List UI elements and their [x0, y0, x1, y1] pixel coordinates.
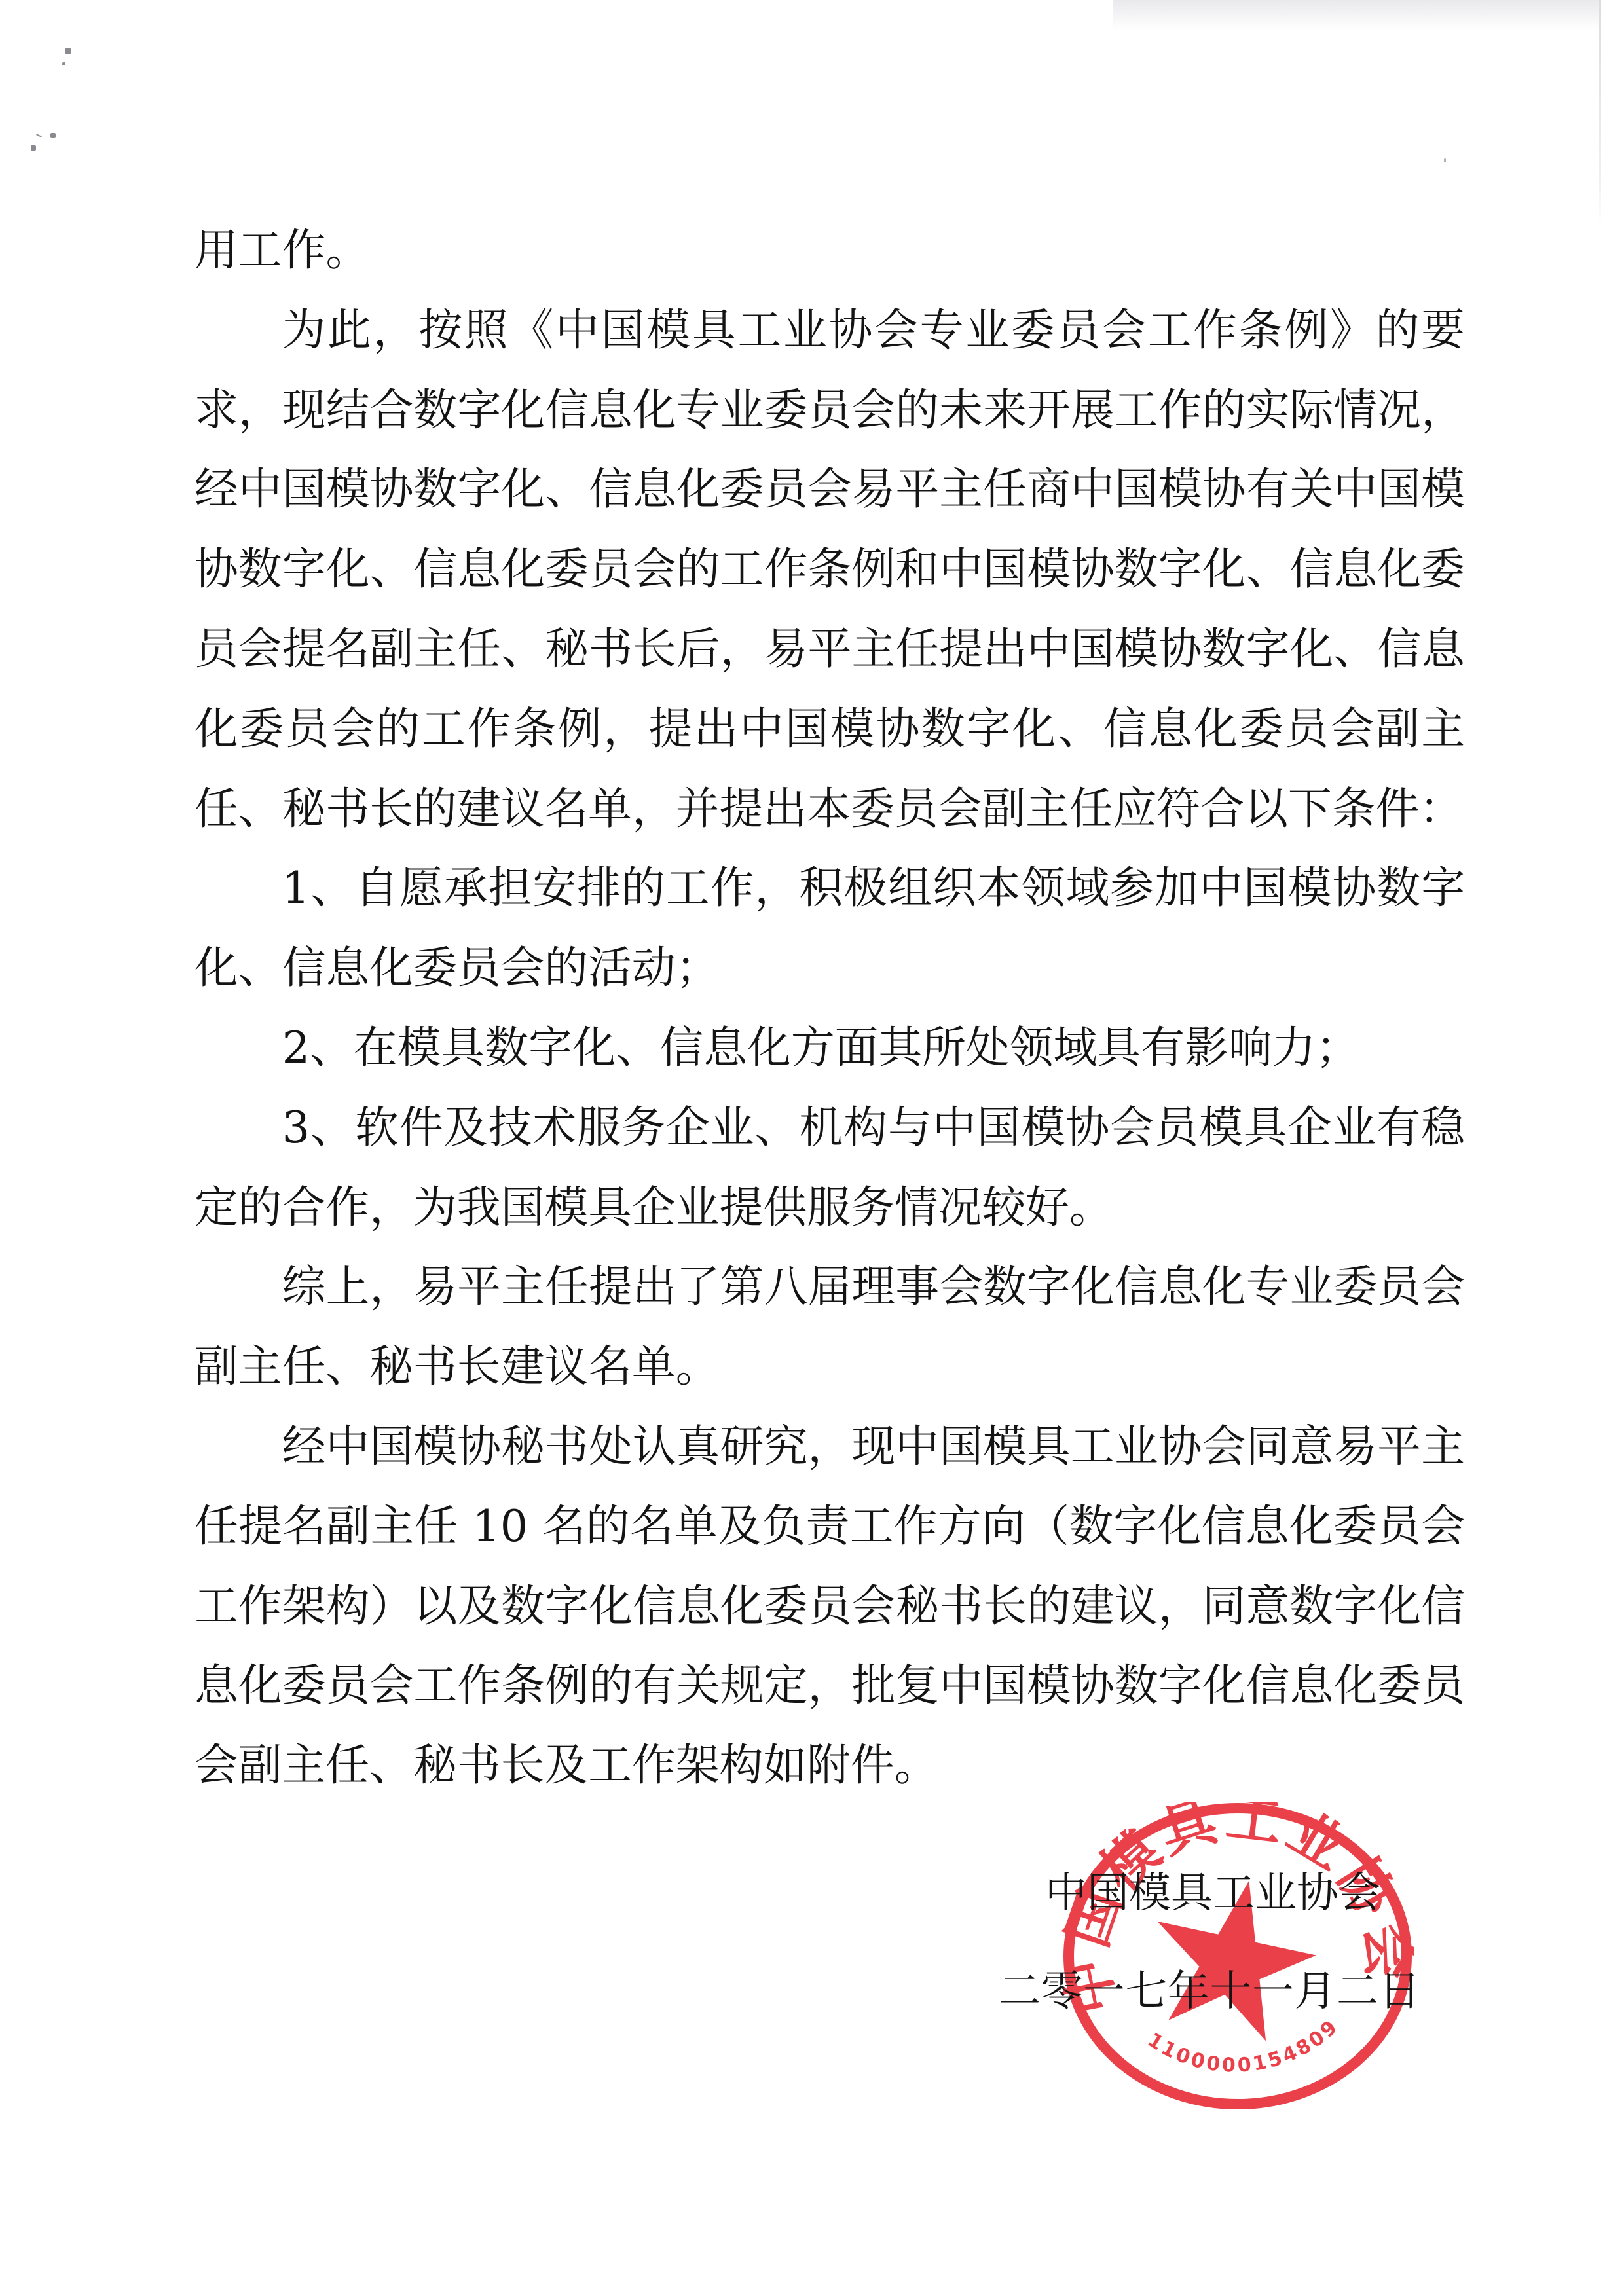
- paragraph-basis: 为此，按照《中国模具工业协会专业委员会工作条例》的要求，现结合数字化信息化专业委…: [194, 291, 1465, 849]
- scan-edge-line: [1599, 0, 1601, 226]
- signature-date: 二零一七年十一月二日: [999, 1971, 1421, 2013]
- paragraph-approval: 经中国模协秘书处认真研究，现中国模具工业协会同意易平主任提名副主任 10 名的名…: [194, 1407, 1465, 1806]
- letter-body: 用工作。 为此，按照《中国模具工业协会专业委员会工作条例》的要求，现结合数字化信…: [194, 211, 1465, 1806]
- scan-speck: [50, 133, 56, 138]
- scan-speck: [65, 48, 71, 54]
- paragraph-condition-2: 2、在模具数字化、信息化方面其所处领域具有影响力；: [194, 1008, 1465, 1088]
- paragraph-summary: 综上，易平主任提出了第八届理事会数字化信息化专业委员会副主任、秘书长建议名单。: [194, 1247, 1465, 1407]
- seal-icon: 中国模具工业协会 1100000154809: [1061, 1802, 1414, 2111]
- official-seal-stamp: 中国模具工业协会 1100000154809: [1061, 1802, 1414, 2111]
- scan-speck: [31, 145, 36, 151]
- scan-speck: [36, 134, 42, 137]
- document-page: 用工作。 为此，按照《中国模具工业协会专业委员会工作条例》的要求，现结合数字化信…: [0, 0, 1624, 2296]
- paragraph-condition-3: 3、软件及技术服务企业、机构与中国模协会员模具企业有稳定的合作，为我国模具企业提…: [194, 1088, 1465, 1248]
- scan-speck: [62, 62, 65, 65]
- paragraph-continuation: 用工作。: [194, 211, 1465, 291]
- svg-text:1100000154809: 1100000154809: [1143, 2014, 1344, 2077]
- signatory-organization: 中国模具工业协会: [1045, 1872, 1380, 1914]
- scan-edge-shadow: [1113, 0, 1601, 29]
- scan-speck: [1444, 158, 1446, 162]
- paragraph-condition-1: 1、自愿承担安排的工作，积极组织本领域参加中国模协数字化、信息化委员会的活动；: [194, 848, 1465, 1008]
